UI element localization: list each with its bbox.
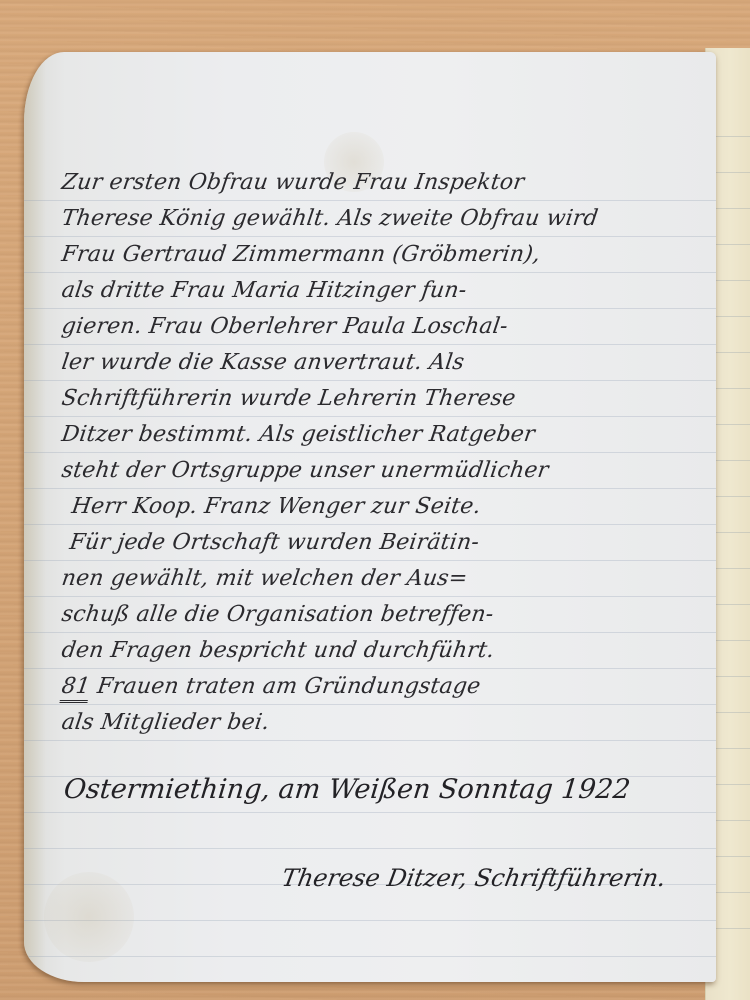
ruled-line [24,668,716,669]
member-count: 81 [59,674,91,703]
body-line-text: Frauen traten am Gründungstage [96,674,483,699]
ruled-line [24,848,716,849]
body-line: Ditzer bestimmt. Als geistlicher Ratgebe… [60,422,536,447]
body-line: als Mitglieder bei. [60,710,271,735]
body-line: Schriftführerin wurde Lehrerin Therese [60,386,517,411]
body-line: den Fragen bespricht und durchführt. [60,638,496,663]
body-line: Für jede Ortschaft wurden Beirätin- [68,530,481,555]
body-line: Frau Gertraud Zimmermann (Gröbmerin), [60,242,542,267]
body-line: ler wurde die Kasse anvertraut. Als [60,350,466,375]
body-line: 81 Frauen traten am Gründungstage [60,674,482,699]
paper-stain [44,872,134,962]
ruled-line [24,632,716,633]
ruled-line [24,380,716,381]
signature: Therese Ditzer, Schriftführerin. [280,864,669,892]
ruled-line [24,740,716,741]
body-line: steht der Ortsgruppe unser unermüdlicher [60,458,550,483]
ruled-line [24,308,716,309]
body-line: nen gewählt, mit welchen der Aus= [60,566,469,591]
body-line: Zur ersten Obfrau wurde Frau Inspektor [60,170,526,195]
ruled-line [24,560,716,561]
ruled-line [24,416,716,417]
ruled-line [24,596,716,597]
body-line: schuß alle die Organisation betreffen- [60,602,495,627]
body-line: gieren. Frau Oberlehrer Paula Loschal- [60,314,509,339]
ruled-line [24,488,716,489]
body-line: Therese König gewählt. Als zweite Obfrau… [60,206,600,231]
ruled-line [24,344,716,345]
ruled-line [24,452,716,453]
ruled-line [24,956,716,957]
ruled-line [24,236,716,237]
ruled-line [24,812,716,813]
ruled-line [24,704,716,705]
ruled-line [24,200,716,201]
notebook-page: Zur ersten Obfrau wurde Frau Inspektor T… [24,52,716,982]
body-line: als dritte Frau Maria Hitzinger fun- [60,278,468,303]
place-and-date: Ostermiething, am Weißen Sonntag 1922 [62,774,631,805]
body-line: Herr Koop. Franz Wenger zur Seite. [70,494,482,519]
ruled-line [24,524,716,525]
ruled-line [24,272,716,273]
